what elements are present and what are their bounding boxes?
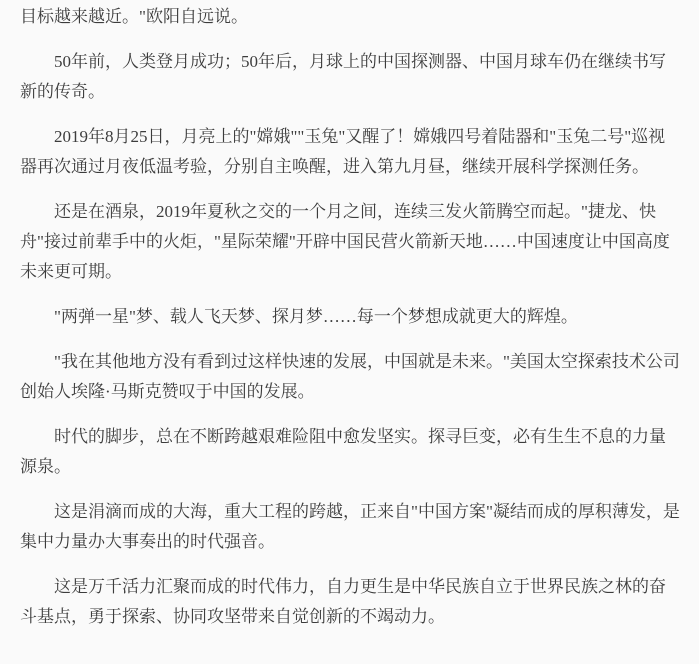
article-text: 目标越来越近。"欧阳自远说。 50年前，人类登月成功；50年后，月球上的中国探测… — [0, 0, 699, 632]
paragraph: 这是涓滴而成的大海，重大工程的跨越，正来自"中国方案"凝结而成的厚积薄发，是集中… — [20, 497, 680, 557]
paragraph: 50年前，人类登月成功；50年后，月球上的中国探测器、中国月球车仍在继续书写新的… — [20, 47, 680, 107]
paragraph: "我在其他地方没有看到过这样快速的发展，中国就是未来。"美国太空探索技术公司创始… — [20, 347, 680, 407]
paragraph: 时代的脚步，总在不断跨越艰难险阻中愈发坚实。探寻巨变，必有生生不息的力量源泉。 — [20, 422, 680, 482]
paragraph: 目标越来越近。"欧阳自远说。 — [20, 2, 680, 32]
paragraph: "两弹一星"梦、载人飞天梦、探月梦……每一个梦想成就更大的辉煌。 — [20, 302, 680, 332]
paragraph: 2019年8月25日，月亮上的"嫦娥""玉兔"又醒了！嫦娥四号着陆器和"玉兔二号… — [20, 122, 680, 182]
paragraph: 这是万千活力汇聚而成的时代伟力，自力更生是中华民族自立于世界民族之林的奋斗基点，… — [20, 572, 680, 632]
paragraph: 还是在酒泉，2019年夏秋之交的一个月之间，连续三发火箭腾空而起。"捷龙、快舟"… — [20, 197, 680, 287]
